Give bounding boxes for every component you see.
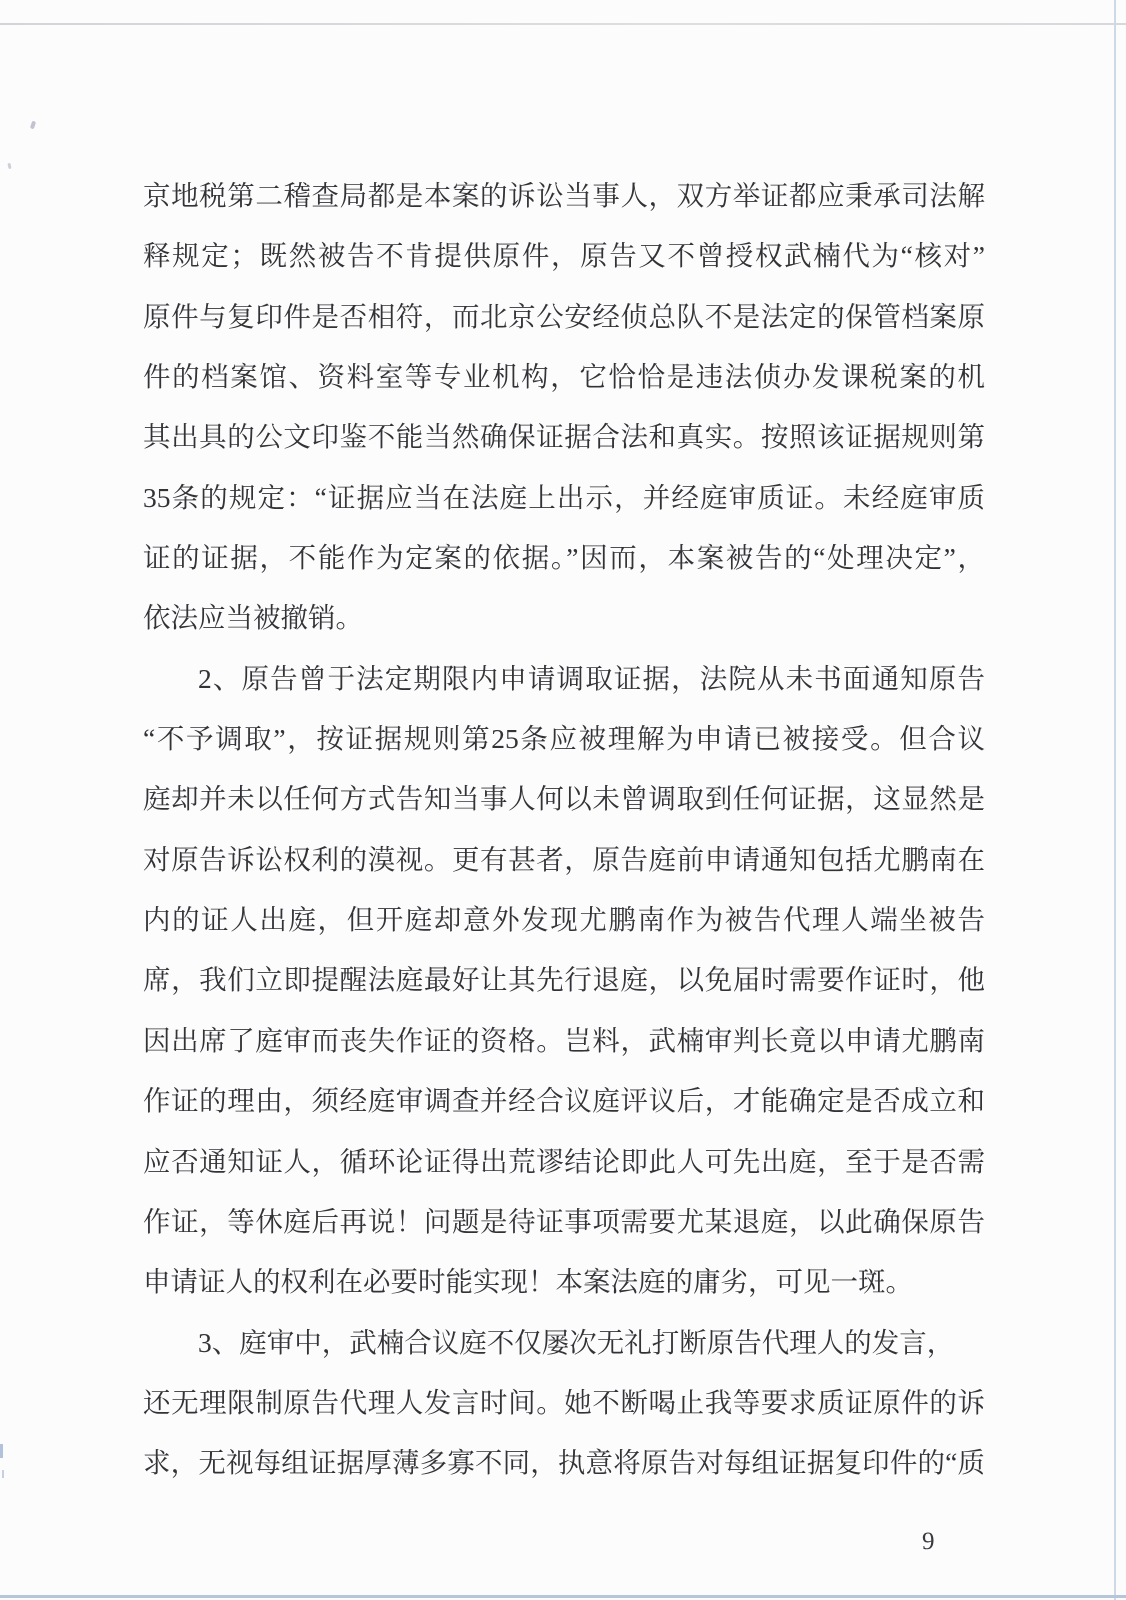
text-line: 作证，等休庭后再说！问题是待证事项需要尤某退庭，以此确保原告: [143, 1192, 985, 1252]
scan-artifact-bottom-edge-line: [0, 1595, 1126, 1598]
text-line: 庭却并未以任何方式告知当事人何以未曾调取到任何证据，这显然是: [143, 769, 985, 829]
text-line: 释规定；既然被告不肯提供原件，原告又不曾授权武楠代为“核对”: [143, 226, 985, 286]
text-line: “不予调取”，按证据规则第25条应被理解为申请已被接受。但合议: [143, 709, 985, 769]
document-body: 京地税第二稽查局都是本案的诉讼当事人，双方举证都应秉承司法解 释规定；既然被告不…: [143, 166, 985, 1494]
text-line: 申请证人的权利在必要时能实现！本案法庭的庸劣，可见一斑。: [143, 1252, 985, 1312]
scan-speck: [7, 163, 11, 169]
text-line: 件的档案馆、资料室等专业机构，它恰恰是违法侦办发课税案的机关，: [143, 347, 985, 407]
scan-speck: [30, 121, 36, 130]
text-line: 3、庭审中，武楠合议庭不仅屡次无礼打断原告代理人的发言，: [143, 1313, 985, 1373]
page-number: 9: [922, 1524, 935, 1560]
scanned-document-page: 京地税第二稽查局都是本案的诉讼当事人，双方举证都应秉承司法解 释规定；既然被告不…: [0, 0, 1126, 1600]
text-line: 依法应当被撤销。: [143, 588, 985, 648]
text-line: 原件与复印件是否相符，而北京公安经侦总队不是法定的保管档案原: [143, 287, 985, 347]
text-line: 35条的规定：“证据应当在法庭上出示，并经庭审质证。未经庭审质: [143, 468, 985, 528]
text-line: 还无理限制原告代理人发言时间。她不断喝止我等要求质证原件的诉: [143, 1373, 985, 1433]
text-line: 作证的理由，须经庭审调查并经合议庭评议后，才能确定是否成立和: [143, 1071, 985, 1131]
text-line: 2、原告曾于法定期限内申请调取证据，法院从未书面通知原告: [143, 649, 985, 709]
text-line: 内的证人出庭，但开庭却意外发现尤鹏南作为被告代理人端坐被告: [143, 890, 985, 950]
text-line: 京地税第二稽查局都是本案的诉讼当事人，双方举证都应秉承司法解: [143, 166, 985, 226]
text-line: 其出具的公文印鉴不能当然确保证据合法和真实。按照该证据规则第: [143, 407, 985, 467]
paragraph-point-3: 3、庭审中，武楠合议庭不仅屡次无礼打断原告代理人的发言， 还无理限制原告代理人发…: [143, 1313, 985, 1494]
scan-edge-mark: [2, 1470, 4, 1478]
scan-edge-mark: [0, 1444, 3, 1458]
paragraph-point-2: 2、原告曾于法定期限内申请调取证据，法院从未书面通知原告 “不予调取”，按证据规…: [143, 649, 985, 1313]
text-line: 因出席了庭审而丧失作证的资格。岂料，武楠审判长竟以申请尤鹏南: [143, 1011, 985, 1071]
scan-artifact-right-edge-line: [1114, 0, 1116, 1600]
text-line: 对原告诉讼权利的漠视。更有甚者，原告庭前申请通知包括尤鹏南在: [143, 830, 985, 890]
text-line: 求，无视每组证据厚薄多寡不同，执意将原告对每组证据复印件的“质: [143, 1433, 985, 1493]
scan-artifact-top-line: [0, 23, 1126, 25]
text-line: 席，我们立即提醒法庭最好让其先行退庭，以免届时需要作证时，他: [143, 950, 985, 1010]
text-line: 应否通知证人，循环论证得出荒谬结论即此人可先出庭，至于是否需: [143, 1132, 985, 1192]
paragraph-continuation: 京地税第二稽查局都是本案的诉讼当事人，双方举证都应秉承司法解 释规定；既然被告不…: [143, 166, 985, 649]
text-line: 证的证据，不能作为定案的依据。”因而，本案被告的“处理决定”，: [143, 528, 985, 588]
